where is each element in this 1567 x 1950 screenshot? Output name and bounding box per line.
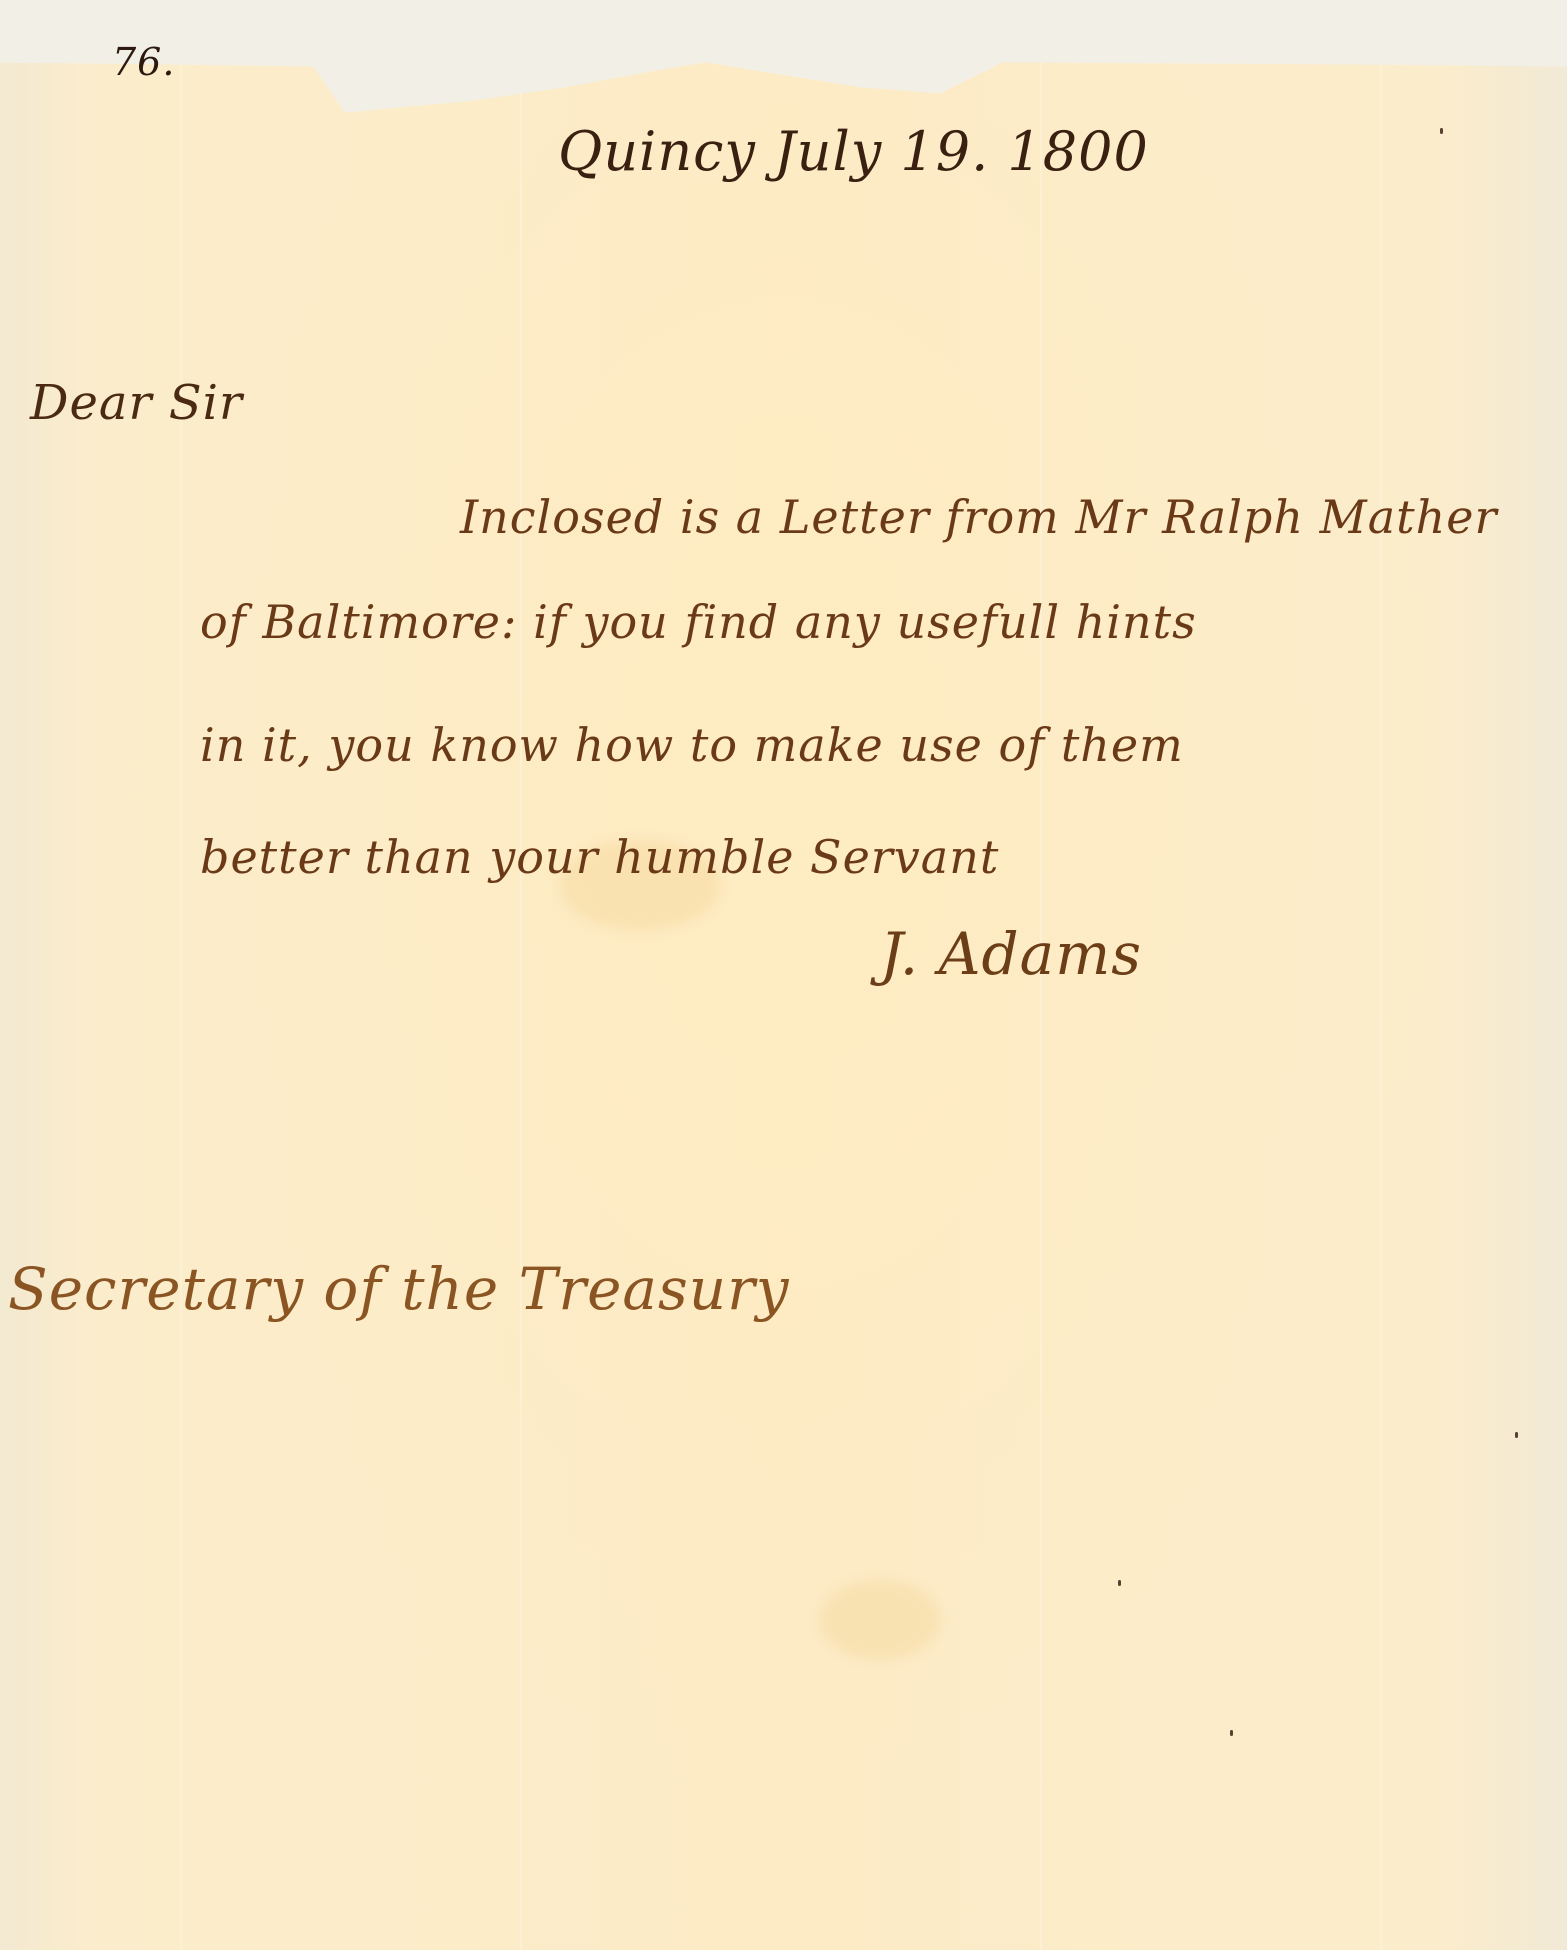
folio-number: 76. (112, 40, 175, 84)
addressee: Secretary of the Treasury (8, 1255, 790, 1323)
body-line: Inclosed is a Letter from Mr Ralph Mathe… (460, 490, 1497, 544)
ink-speck (1118, 1580, 1121, 1586)
signature: J. Adams (880, 920, 1142, 988)
ink-speck (1515, 1432, 1518, 1438)
paper-texture (520, 20, 522, 1950)
body-line: better than your humble Servant (200, 830, 999, 884)
dateline: Quincy July 19. 1800 (558, 120, 1149, 183)
body-line: of Baltimore: if you find any usefull hi… (200, 595, 1197, 649)
body-line: in it, you know how to make use of them (200, 718, 1184, 772)
paper-stain (820, 1580, 940, 1660)
paper-texture (1380, 20, 1382, 1950)
salutation: Dear Sir (30, 375, 243, 431)
paper-texture (180, 20, 182, 1950)
ink-speck (1440, 128, 1443, 134)
ink-speck (1230, 1730, 1233, 1736)
letter-page (0, 20, 1567, 1950)
